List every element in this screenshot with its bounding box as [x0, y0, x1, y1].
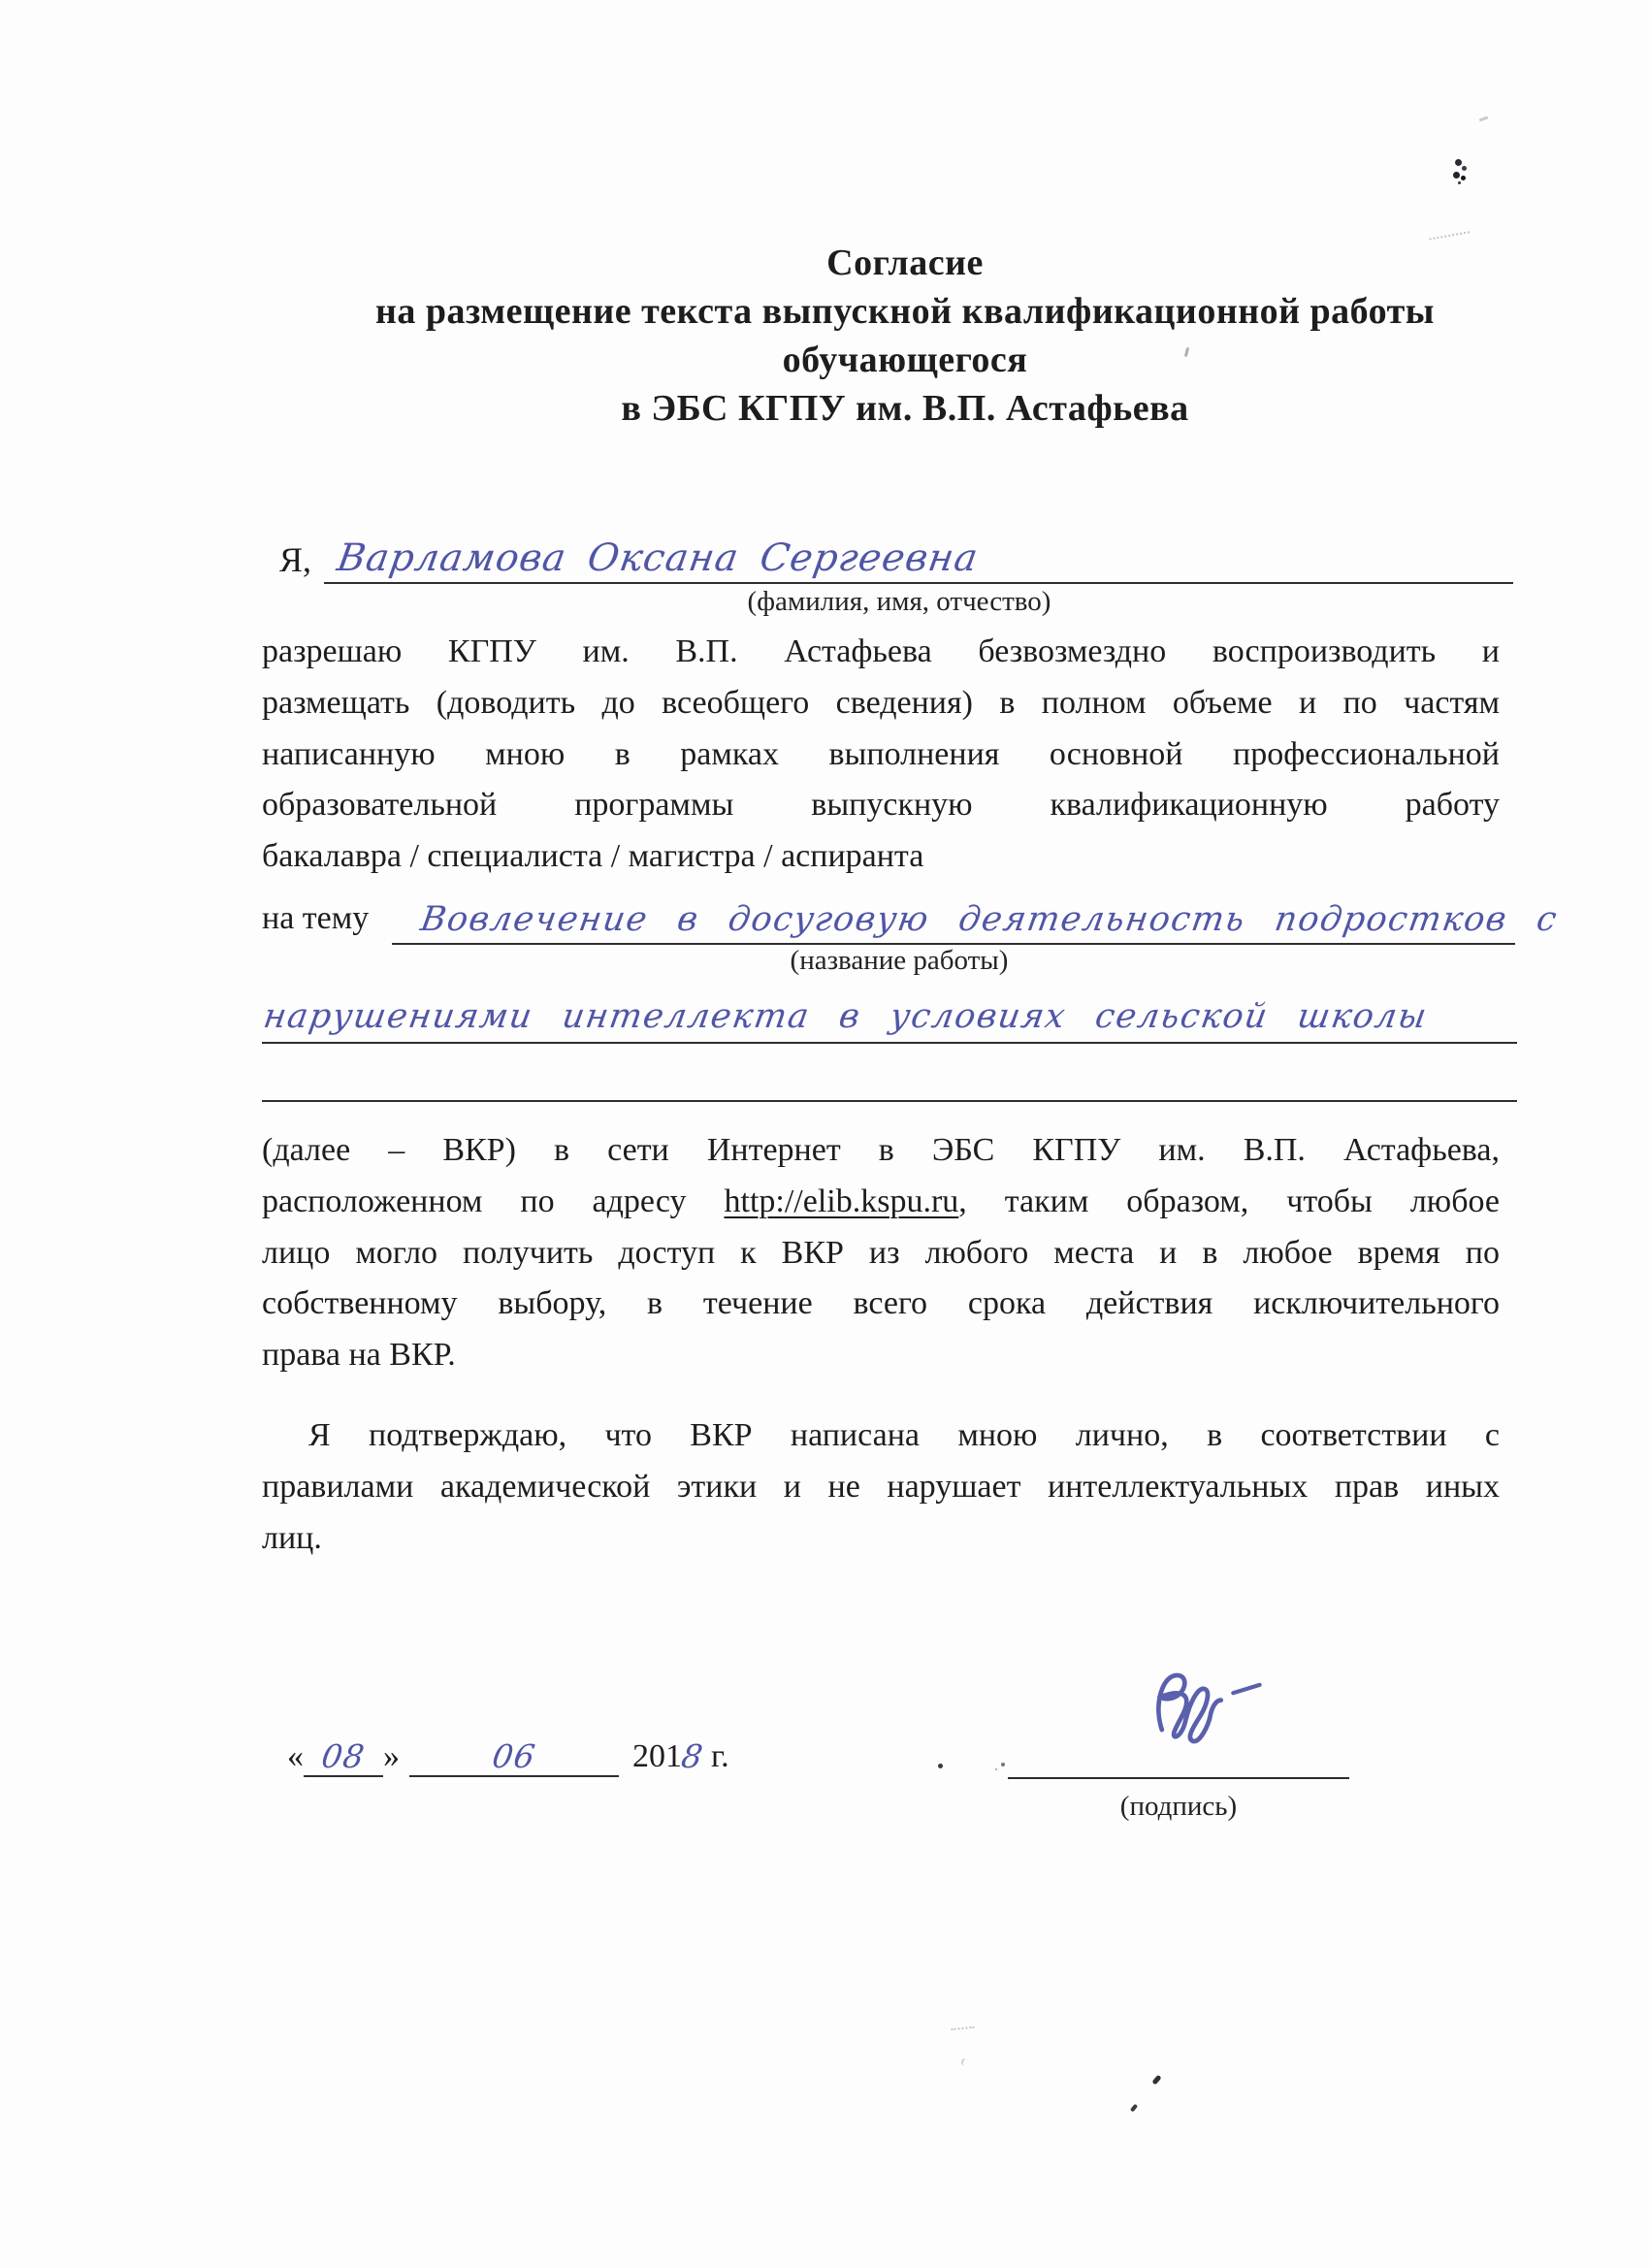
thesis-theme-row: на тему Вовлечение в досуговую деятельно… [262, 889, 1515, 945]
vkr-paragraph-line-1: (далее – ВКР) в сети Интернет в ЭБС КГПУ… [262, 1125, 1500, 1177]
document-title-line-2: на размещение текста выпускной квалифика… [262, 287, 1548, 336]
signature-scribble [1143, 1667, 1271, 1748]
vkr-paragraph-line-3: лицо могло получить доступ к ВКР из любо… [262, 1228, 1500, 1280]
vkr-paragraph: (далее – ВКР) в сети Интернет в ЭБС КГПУ… [262, 1125, 1500, 1381]
permission-paragraph: разрешаю КГПУ им. В.П. Астафьева безвозм… [262, 627, 1500, 883]
thesis-title-write-line-1: Вовлечение в досуговую деятельность подр… [392, 887, 1515, 945]
date-year-group: 201 8 г. [632, 1737, 729, 1777]
document-title-line-1: Согласие [262, 239, 1548, 287]
thesis-title-write-line-3-blank [262, 1044, 1517, 1102]
permission-paragraph-line-2: размещать (доводить до всеобщего сведени… [262, 678, 1500, 729]
thesis-title-hint-label: (название работы) [262, 945, 1536, 977]
fio-hint-label: (фамилия, имя, отчество) [262, 586, 1536, 618]
signature-write-line [1008, 1777, 1349, 1779]
confirmation-paragraph-line-1: Я подтверждаю, что ВКР написана мною лич… [262, 1410, 1500, 1462]
date-year-printed: 201 [632, 1738, 682, 1775]
date-year-digit-handwritten: 8 [679, 1737, 706, 1775]
applicant-name-write-line: Варламова Оксана Сергеевна [324, 528, 1513, 584]
document-title-line-3: обучающегося [262, 336, 1548, 384]
confirmation-paragraph-line-2: правилами академической этики и не наруш… [262, 1462, 1500, 1513]
scan-artifact [1455, 159, 1462, 166]
scan-artifact [1151, 2075, 1161, 2086]
document-title: Согласие на размещение текста выпускной … [262, 239, 1548, 433]
permission-paragraph-line-3: написанную мною в рамках выполнения осно… [262, 729, 1500, 781]
scan-artifact [1130, 2104, 1138, 2113]
thesis-title-write-line-2: нарушениями интеллекта в условиях сельск… [262, 986, 1517, 1044]
permission-paragraph-line-5: бакалавра / специалиста / магистра / асп… [262, 831, 1500, 883]
elib-url-text: http://elib.kspu.ru [725, 1183, 959, 1219]
applicant-name-row: Я, Варламова Оксана Сергеевна [279, 530, 1513, 584]
scan-artifact [938, 1764, 943, 1768]
applicant-prefix: Я, [279, 539, 311, 580]
signature-hint-label: (подпись) [1008, 1791, 1349, 1823]
date-open-quote: « [287, 1738, 304, 1777]
date-month-handwritten: 06 [490, 1737, 538, 1775]
scan-artifact [951, 2019, 975, 2030]
scan-artifact [1001, 1763, 1005, 1766]
date-close-quote: » [383, 1738, 400, 1777]
thesis-title-handwritten-1: Вовлечение в досуговую деятельность подр… [418, 900, 1561, 939]
date-era-label: г. [711, 1738, 729, 1775]
scanned-consent-form-page: Согласие на размещение текста выпускной … [0, 0, 1649, 2268]
thesis-title-handwritten-2: нарушениями интеллекта в условиях сельск… [261, 997, 1431, 1036]
document-title-line-4: в ЭБС КГПУ им. В.П. Астафьева [262, 384, 1548, 433]
vkr-paragraph-line-5: права на ВКР. [262, 1330, 1500, 1381]
date-row: « 08 » 06 201 8 г. [287, 1733, 729, 1777]
vkr-paragraph-line-4: собственному выбору, в течение всего сро… [262, 1279, 1500, 1330]
scan-artifact [1427, 217, 1470, 240]
permission-paragraph-line-4: образовательной программы выпускную квал… [262, 780, 1500, 831]
scan-artifact [960, 2057, 970, 2067]
scan-artifact [1479, 116, 1488, 122]
date-day-write-line: 08 [304, 1731, 383, 1777]
date-day-handwritten: 08 [319, 1737, 368, 1775]
confirmation-paragraph-line-3: лиц. [262, 1513, 1500, 1565]
theme-prefix: на тему [262, 900, 369, 937]
date-month-write-line: 06 [409, 1731, 619, 1777]
confirmation-paragraph: Я подтверждаю, что ВКР написана мною лич… [262, 1410, 1500, 1564]
vkr-paragraph-line-2-after: , таким образом, чтобы любое [958, 1183, 1500, 1219]
permission-paragraph-line-1: разрешаю КГПУ им. В.П. Астафьева безвозм… [262, 627, 1500, 678]
vkr-paragraph-line-2: расположенном по адресу http://elib.kspu… [262, 1177, 1500, 1228]
vkr-paragraph-line-2-before: расположенном по адресу [262, 1183, 687, 1219]
applicant-name-handwritten: Варламова Оксана Сергеевна [334, 536, 981, 580]
